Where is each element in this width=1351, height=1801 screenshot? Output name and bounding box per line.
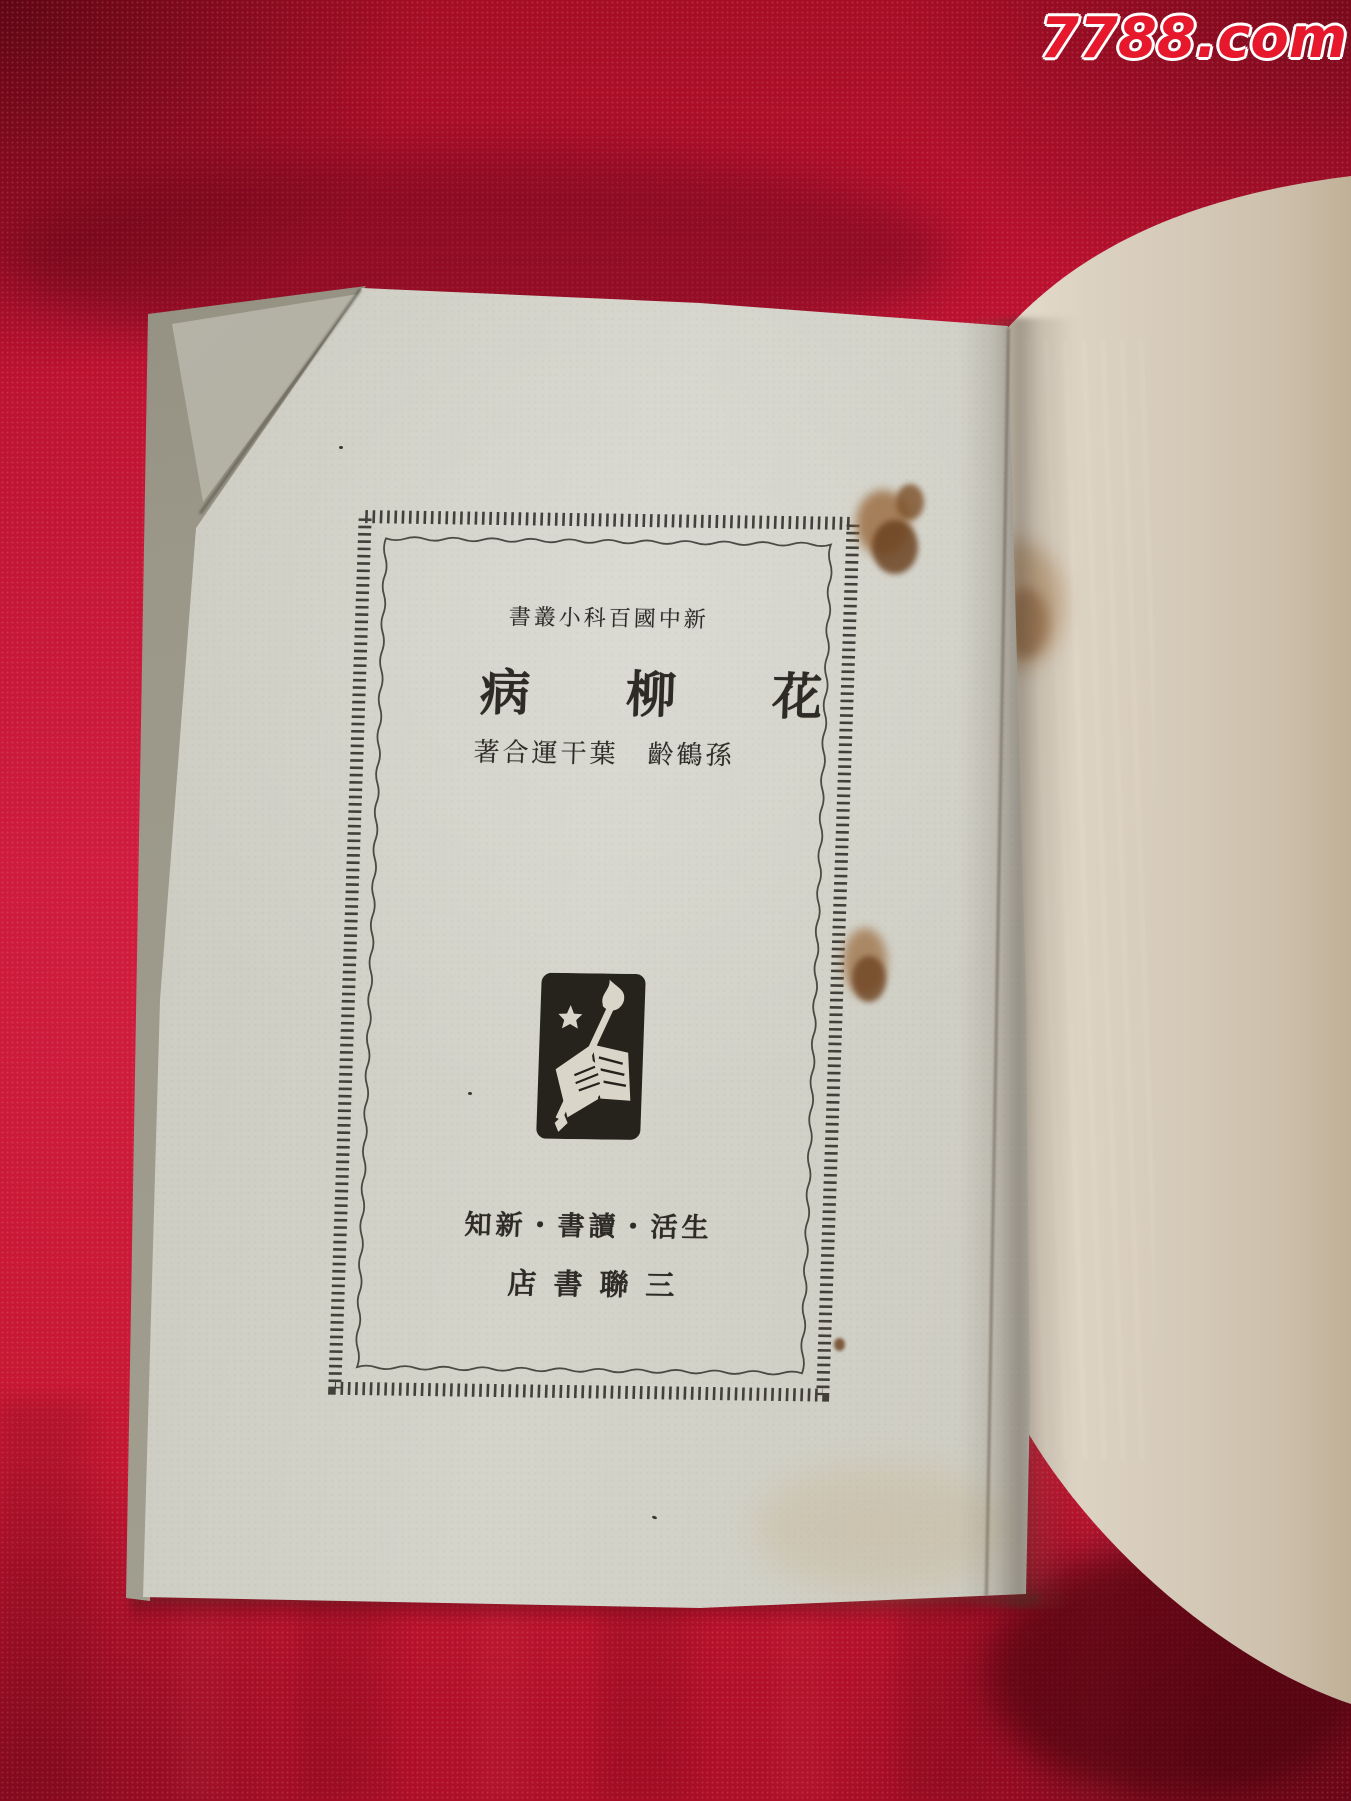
brown-stain <box>872 520 918 574</box>
hand-torch-book-logo <box>524 972 658 1140</box>
book-title: 病柳花 <box>350 666 953 724</box>
wavy-border <box>355 537 832 1375</box>
tick-border <box>335 517 853 1395</box>
photo-of-book-on-red-fabric: 書叢小科百國中新 病柳花 著合運干葉 齡鶴孫 知新・書讀・活生 店書聯三 <box>0 0 1351 1801</box>
brown-speck <box>834 1338 845 1351</box>
brown-stain <box>852 956 886 1002</box>
page-speck <box>339 446 343 449</box>
title-page-content: 書叢小科百國中新 病柳花 著合運干葉 齡鶴孫 知新・書讀・活生 店書聯三 <box>326 508 862 1404</box>
page-speck <box>468 1092 472 1095</box>
site-watermark: 7788.com <box>1040 6 1351 71</box>
brown-stain <box>896 484 924 520</box>
book-gutter-shadow <box>960 318 1075 1608</box>
